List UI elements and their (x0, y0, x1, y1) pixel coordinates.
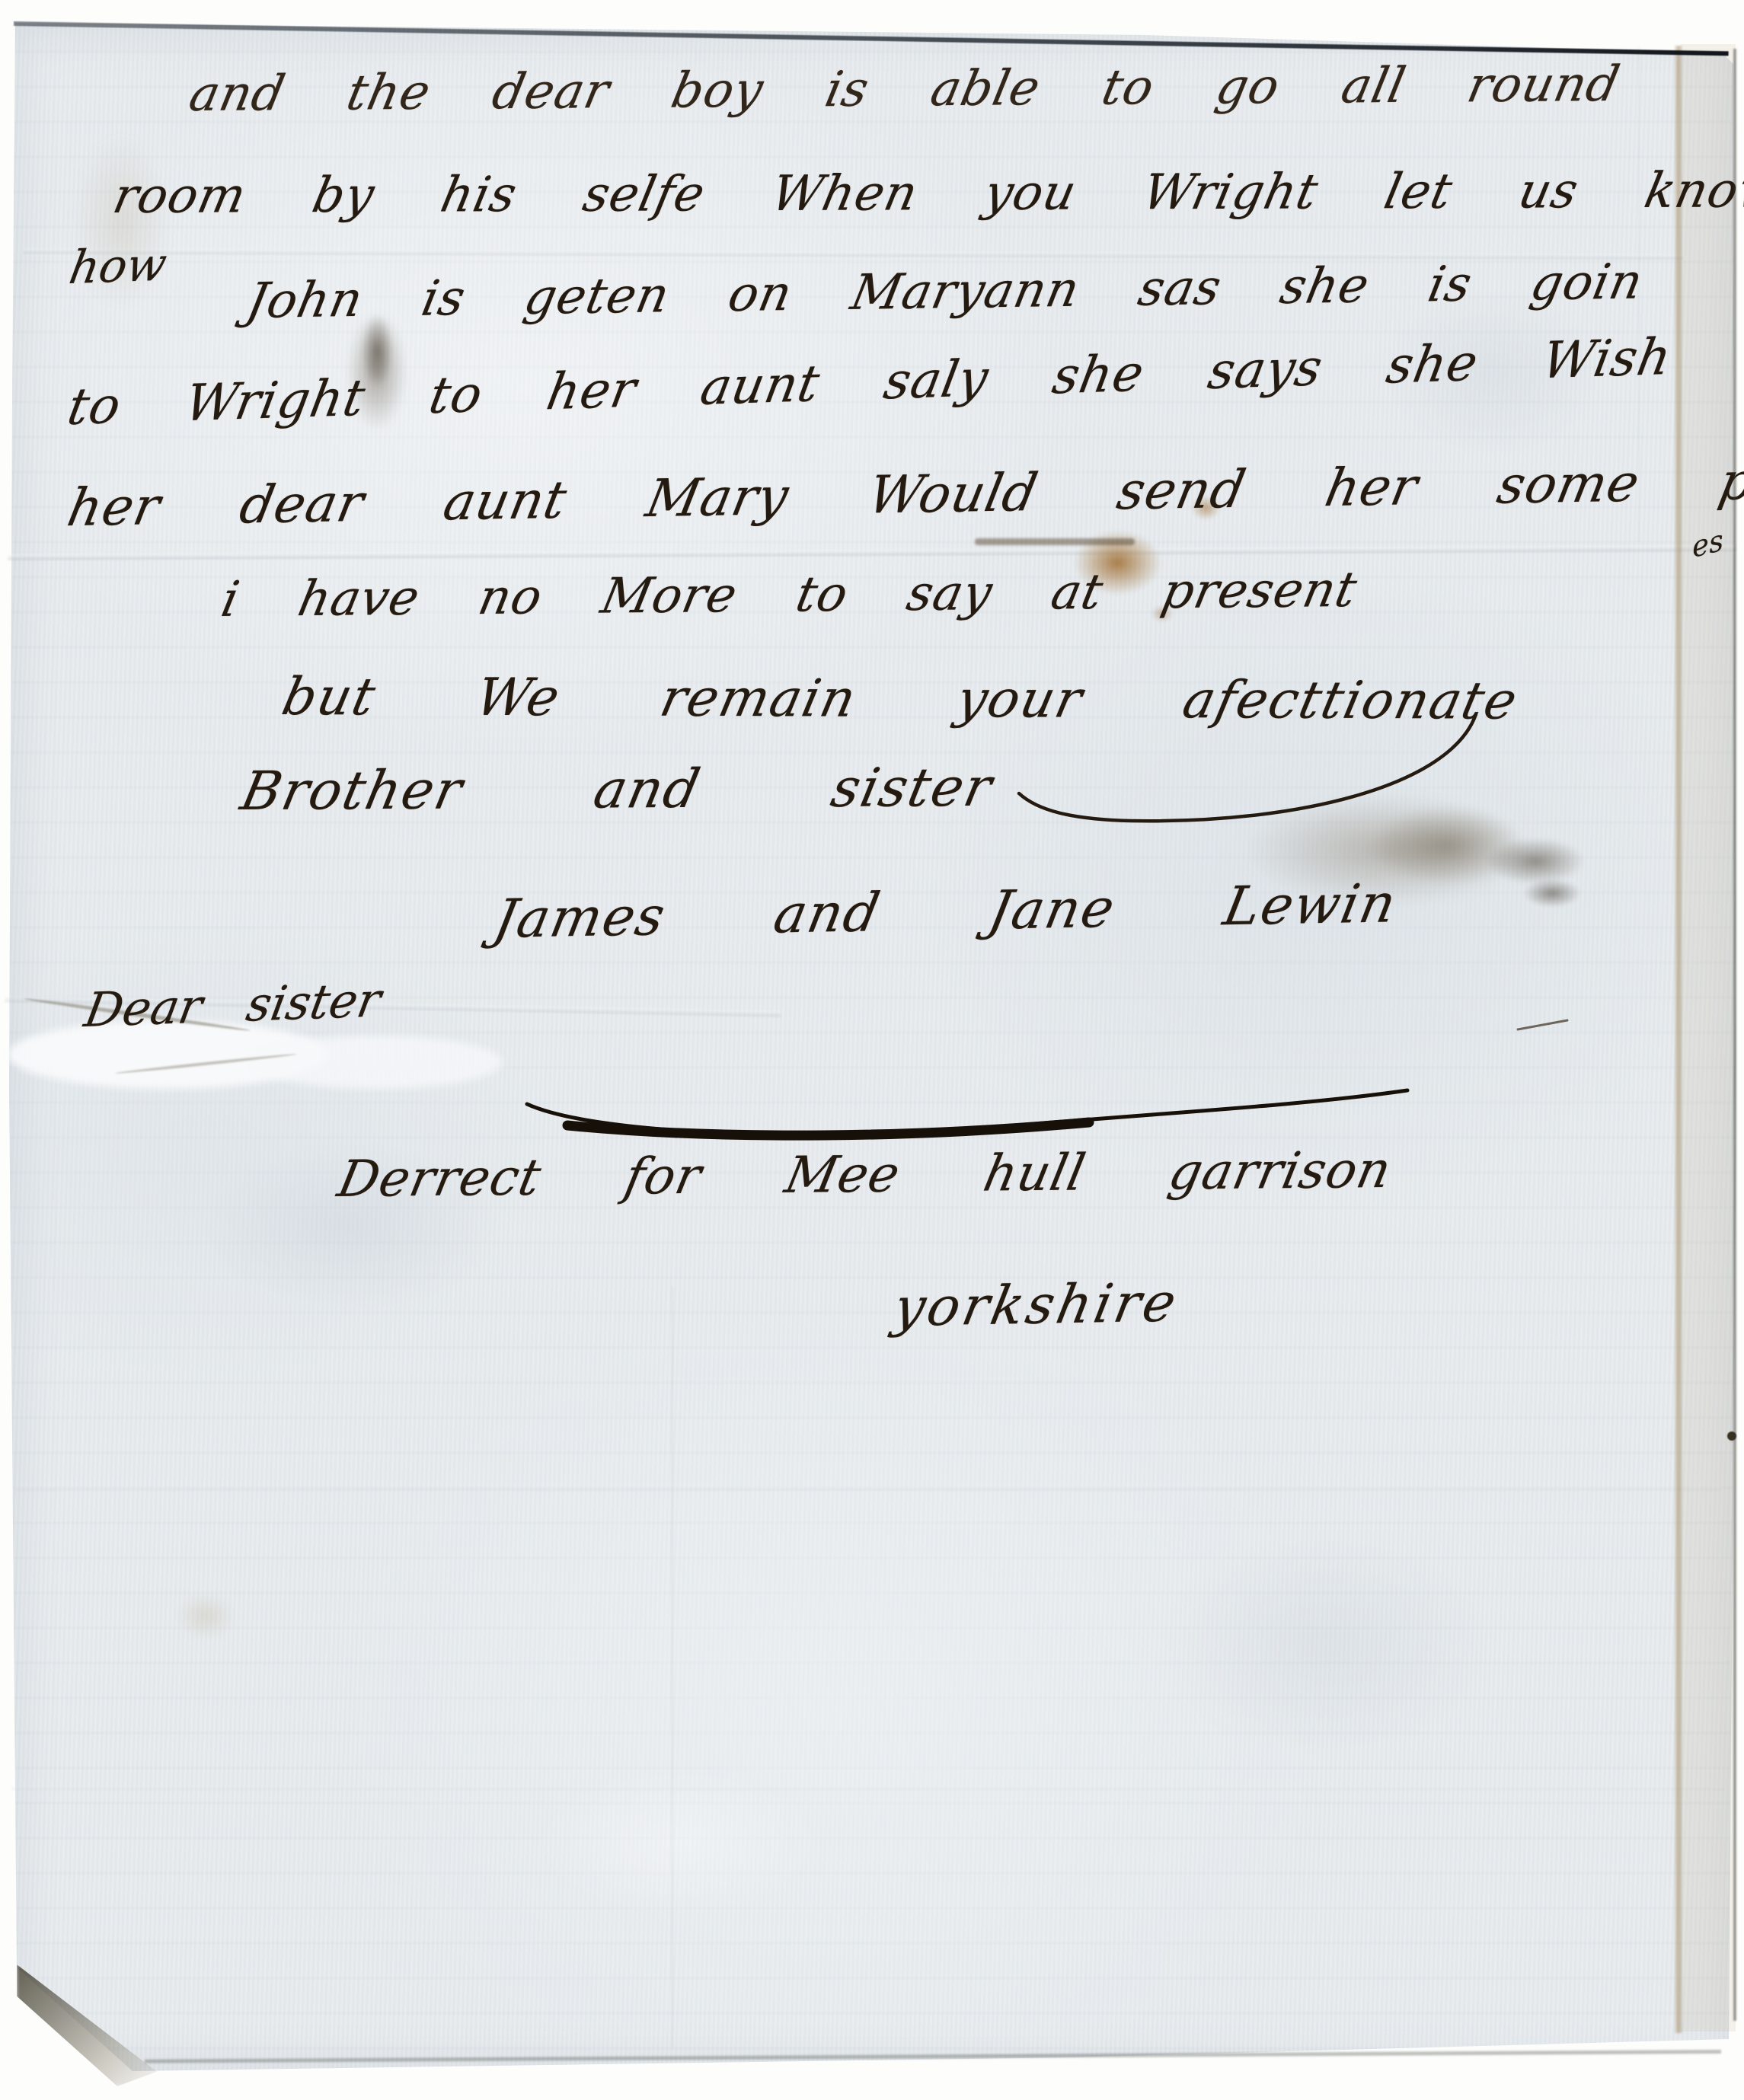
paper-sheet (3, 18, 1741, 2079)
scan-page: { "page": { "ink_color": "#241a10", "pap… (0, 0, 1744, 2100)
